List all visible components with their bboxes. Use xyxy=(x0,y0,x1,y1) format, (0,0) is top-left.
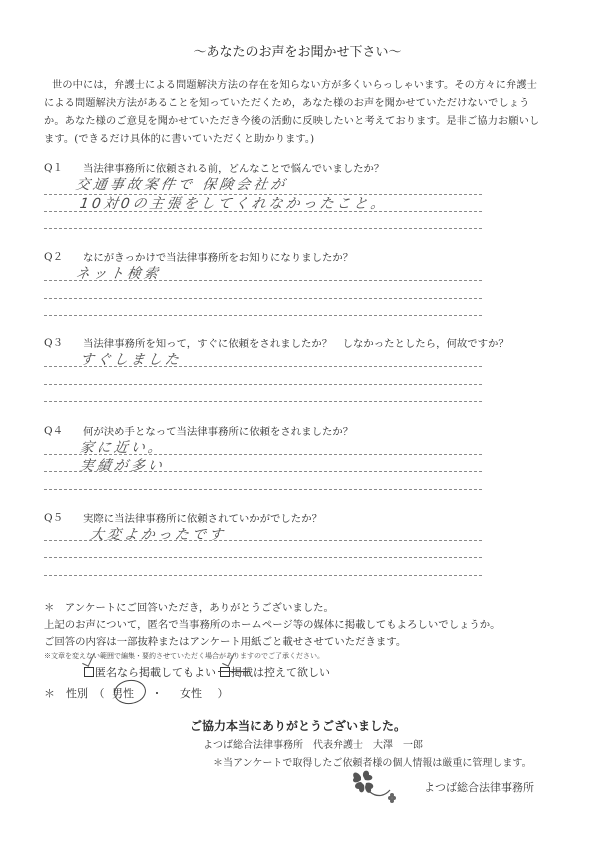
answer-line xyxy=(44,540,482,541)
intro-line: か。あなた様のご意見を聞かせていただき今後の活動に反映したいと考えております。是… xyxy=(44,112,539,127)
answer-line xyxy=(44,557,482,558)
handwritten-answer[interactable]: 大変よかったです xyxy=(89,524,228,544)
clover-icon xyxy=(350,768,405,806)
strikethrough-mark xyxy=(218,671,250,672)
question-label: Q２ xyxy=(44,249,63,264)
answer-line xyxy=(44,575,482,576)
page-title: ～あなたのお声をお聞かせ下さい～ xyxy=(0,41,595,60)
question-label: Q５ xyxy=(44,510,63,525)
privacy-note: ＊当アンケートで取得したご依頼者様の個人情報は厳重に管理します。 xyxy=(213,754,532,769)
option-label: 匿名なら掲載してもよい xyxy=(95,666,216,679)
question-text: 当法律事務所に依頼される前，どんなことで悩んでいましたか？ xyxy=(83,160,384,175)
answer-line xyxy=(44,315,482,316)
checkbox[interactable] xyxy=(220,667,230,677)
consent-question: 上記のお声について，匿名で当事務所のホームページ等の媒体に掲載してもよろしいでし… xyxy=(44,616,501,631)
answer-line xyxy=(44,454,482,455)
question-text: なにがきっかけで当法律事務所をお知りになりましたか？ xyxy=(83,249,353,264)
selection-circle xyxy=(112,678,147,706)
question-label: Q４ xyxy=(44,423,63,438)
answer-line xyxy=(44,384,482,385)
answer-line xyxy=(44,366,482,367)
question-text: 何が決め手となって当法律事務所に依頼をされましたか？ xyxy=(83,423,353,438)
consent-content: ご回答の内容は一部抜粋またはアンケート用紙ごと載せさせていただきます。 xyxy=(44,633,406,648)
question-label: Q３ xyxy=(44,335,63,350)
option-decline[interactable]: 掲載は控えて欲しい xyxy=(220,664,330,680)
intro-line: による問題解決方法があることを知っていただくため，あなた様のお声を聞かせていただ… xyxy=(44,94,529,109)
signature: よつば総合法律事務所 代表弁護士 大澤 一郎 xyxy=(203,736,423,751)
checkbox[interactable] xyxy=(84,667,94,677)
answer-line xyxy=(44,228,482,229)
option-label: 掲載は控えて欲しい xyxy=(231,666,330,679)
closing-thanks: ご協力本当にありがとうございました。 xyxy=(190,717,406,734)
question-label: Q１ xyxy=(44,160,63,175)
intro-line: ます。(できるだけ具体的に書いていただくと助かります。) xyxy=(44,130,314,145)
question-text: 実際に当法律事務所に依頼されていかがでしたか？ xyxy=(83,510,322,525)
answer-line xyxy=(44,211,482,212)
firm-name: よつば総合法律事務所 xyxy=(424,779,534,795)
gender-option-female[interactable]: 女性 xyxy=(180,687,202,700)
answer-line xyxy=(44,489,482,490)
handwritten-answer[interactable]: 交通事故案件で 保険会社が xyxy=(75,174,289,194)
gender-separator: ・ xyxy=(152,687,163,700)
answer-line xyxy=(44,280,482,281)
answer-line xyxy=(44,401,482,402)
handwritten-answer[interactable]: 10対0の主張をしてくれなかったこと。 xyxy=(79,193,390,213)
question-text: 当法律事務所を知って，すぐに依頼をされましたか？ しなかったとしたら，何故ですか… xyxy=(83,335,509,350)
gender-prefix: ＊ 性別 （ xyxy=(44,687,105,700)
answer-line xyxy=(44,471,482,472)
consent-thanks: ＊ アンケートにご回答いただき，ありがとうございました。 xyxy=(44,599,334,614)
gender-suffix: ） xyxy=(218,687,229,700)
answer-line xyxy=(44,298,482,299)
option-anonymous-ok[interactable]: 匿名なら掲載してもよい xyxy=(84,664,216,680)
handwritten-answer[interactable]: 実績が多い xyxy=(79,455,167,475)
answer-line xyxy=(44,194,482,195)
intro-line: 世の中には，弁護士による問題解決方法の存在を知らない方が多くいらっしゃいます。そ… xyxy=(52,76,537,91)
